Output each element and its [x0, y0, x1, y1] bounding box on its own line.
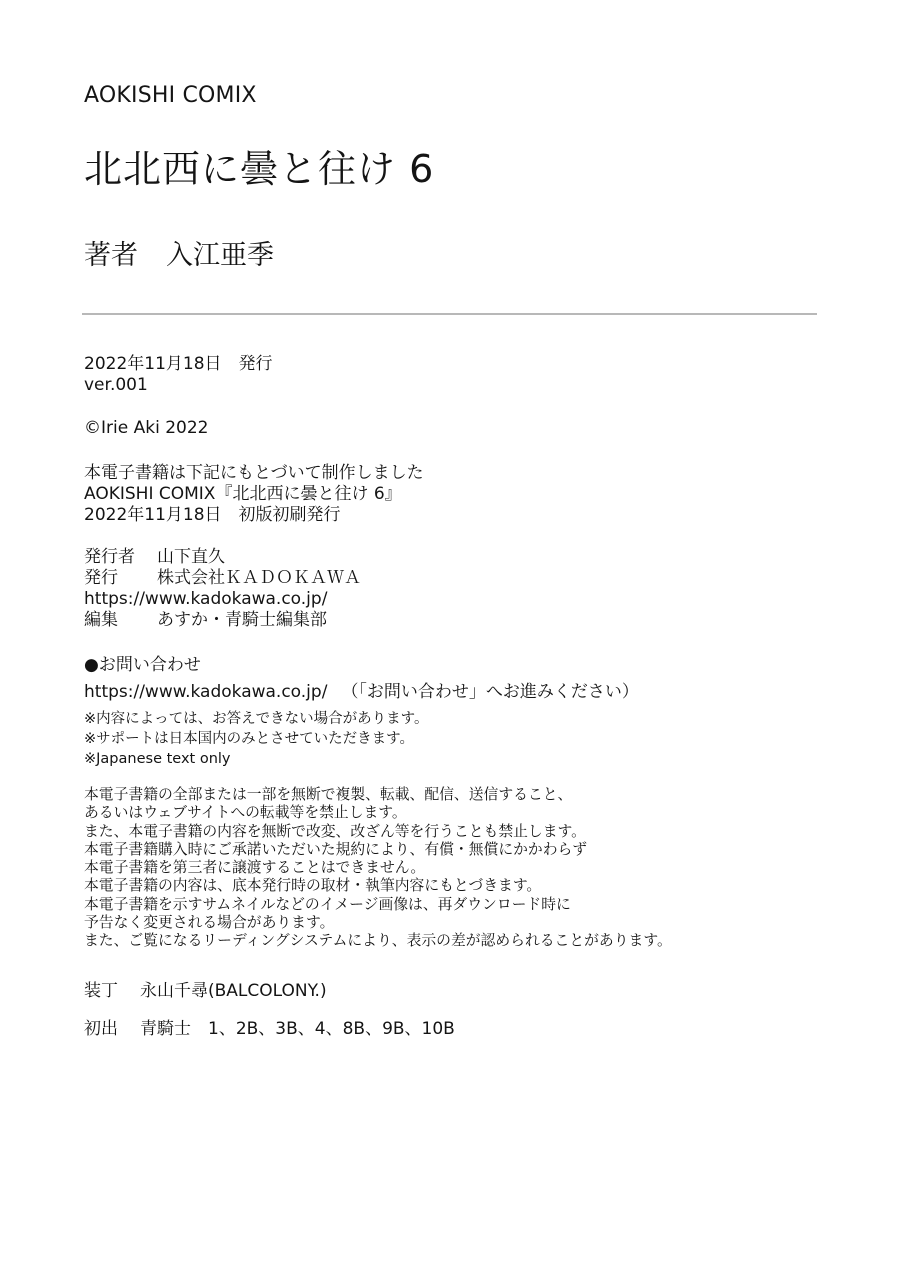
source-info: 本電子書籍は下記にもとづいて制作しました AOKISHI COMIX『北北西に曇… [84, 463, 424, 526]
colophon-page: AOKISHI COMIX 北北西に曇と往け 6 著者入江亜季 2022年11月… [0, 0, 900, 1280]
contact-url-link[interactable]: https://www.kadokawa.co.jp/ [84, 682, 327, 702]
publisher-name: 山下直久 [157, 547, 225, 567]
contact-url-note: （「お問い合わせ」へお進みください） [341, 682, 639, 702]
divider [82, 313, 817, 315]
publisher-line: 発行者山下直久 [84, 547, 361, 568]
disclaimer-line: 本電子書籍の内容は、底本発行時の取材・執筆内容にもとづきます。 [84, 877, 672, 895]
editor-name: あすか・青騎士編集部 [157, 610, 327, 630]
publisher-label: 発行者 [84, 547, 135, 567]
issuer-label: 発行 [84, 568, 118, 588]
disclaimer-line: 本電子書籍を第三者に譲渡することはできません。 [84, 859, 672, 877]
publication-info: 2022年11月18日 発行 ver.001 [84, 354, 273, 396]
contact-note: ※サポートは日本国内のみとさせていただきます。 [84, 729, 429, 749]
disclaimer-line: 予告なく変更される場合があります。 [84, 914, 672, 932]
disclaimer-line: 本電子書籍購入時にご承諾いただいた規約により、有償・無償にかかわらず [84, 841, 672, 859]
design-label: 装丁 [84, 981, 118, 1001]
disclaimer-line: 本電子書籍の全部または一部を無断で複製、転載、配信、送信すること、 [84, 786, 672, 804]
publisher-url-link[interactable]: https://www.kadokawa.co.jp/ [84, 589, 361, 610]
source-line: 本電子書籍は下記にもとづいて制作しました [84, 463, 424, 484]
source-line: AOKISHI COMIX『北北西に曇と往け 6』 [84, 484, 424, 505]
disclaimer-line: また、本電子書籍の内容を無断で改変、改ざん等を行うことも禁止します。 [84, 823, 672, 841]
contact-note: ※内容によっては、お答えできない場合があります。 [84, 709, 429, 729]
disclaimer-line: あるいはウェブサイトへの転載等を禁止します。 [84, 804, 672, 822]
first-publication-credit: 初出青騎士 1、2B、3B、4、8B、9B、10B [84, 1019, 455, 1040]
copyright: ©Irie Aki 2022 [84, 418, 208, 439]
disclaimer-line: 本電子書籍を示すサムネイルなどのイメージ画像は、再ダウンロード時に [84, 896, 672, 914]
source-line: 2022年11月18日 初版初刷発行 [84, 505, 424, 526]
author-name: 入江亜季 [166, 240, 274, 271]
staff-info: 発行者山下直久 発行株式会社ＫＡＤＯＫＡＷＡ https://www.kadok… [84, 547, 361, 631]
disclaimer: 本電子書籍の全部または一部を無断で複製、転載、配信、送信すること、 あるいはウェ… [84, 786, 672, 951]
editor-label: 編集 [84, 610, 118, 630]
editor-line: 編集あすか・青騎士編集部 [84, 610, 361, 631]
contact-heading: ●お問い合わせ [84, 655, 201, 676]
publication-date: 2022年11月18日 発行 [84, 354, 273, 375]
disclaimer-line: また、ご覧になるリーディングシステムにより、表示の差が認められることがあります。 [84, 932, 672, 950]
imprint-label: AOKISHI COMIX [84, 82, 257, 110]
contact-notes: ※内容によっては、お答えできない場合があります。 ※サポートは日本国内のみとさせ… [84, 709, 429, 769]
issuer-name: 株式会社ＫＡＤＯＫＡＷＡ [157, 568, 361, 588]
author-line: 著者入江亜季 [84, 238, 274, 274]
first-pub-value: 青騎士 1、2B、3B、4、8B、9B、10B [140, 1019, 455, 1039]
contact-note: ※Japanese text only [84, 749, 429, 769]
design-credit: 装丁永山千尋(BALCOLONY.) [84, 981, 327, 1002]
issuer-line: 発行株式会社ＫＡＤＯＫＡＷＡ [84, 568, 361, 589]
contact-url-line: https://www.kadokawa.co.jp/（「お問い合わせ」へお進み… [84, 682, 639, 703]
author-role: 著者 [84, 240, 138, 271]
book-title: 北北西に曇と往け 6 [84, 144, 434, 194]
first-pub-label: 初出 [84, 1019, 118, 1039]
version: ver.001 [84, 375, 273, 396]
design-value: 永山千尋(BALCOLONY.) [140, 981, 327, 1001]
